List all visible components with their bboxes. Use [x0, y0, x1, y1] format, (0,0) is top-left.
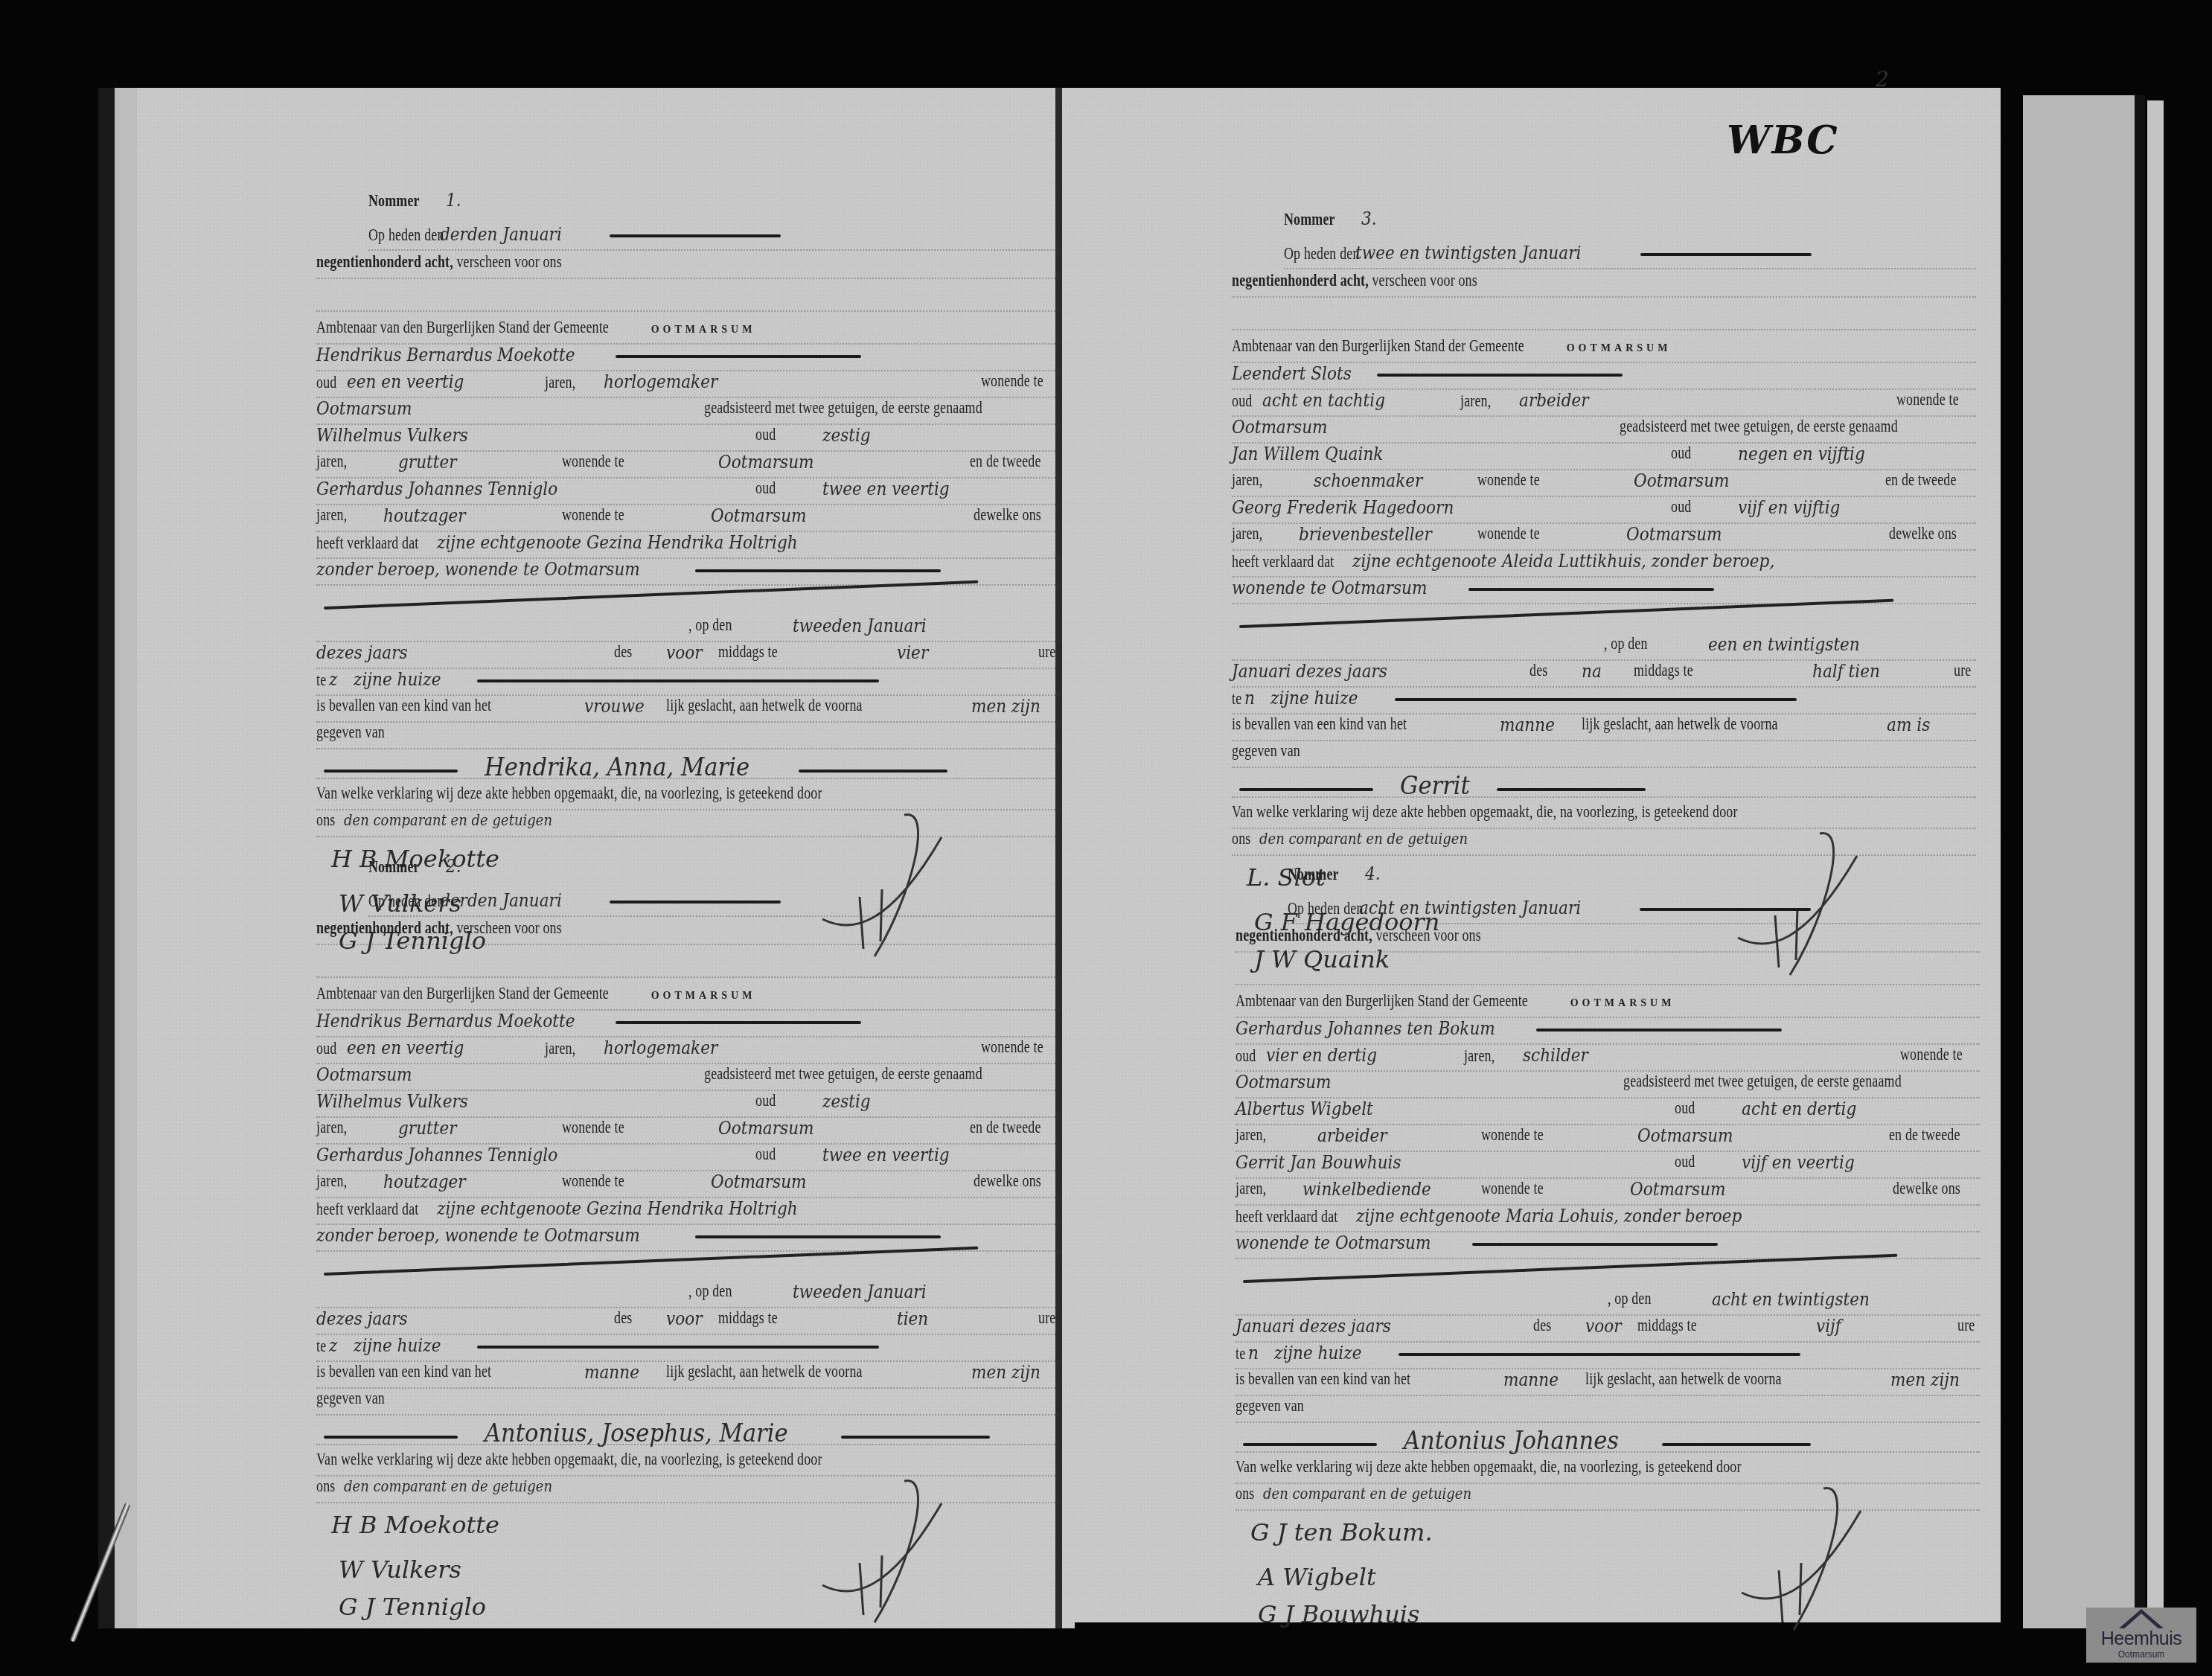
fill-dash: [324, 770, 458, 773]
birth-day: tweeden Januari: [793, 615, 927, 636]
label-nommer: Nommer: [368, 191, 420, 211]
birth-day: een en twintigsten: [1708, 634, 1860, 655]
label-oud: oud: [316, 1039, 336, 1058]
birth-day: tweeden Januari: [793, 1282, 927, 1302]
witness2-occupation: houtzager: [383, 1171, 466, 1192]
label-oud: oud: [1671, 444, 1691, 463]
label-ons: ons: [316, 810, 335, 830]
label-lijk-geslacht: lijk geslacht, aan hetwelk de voorna: [666, 696, 863, 715]
label-heeft-verklaard: heeft verklaard dat: [1232, 552, 1334, 572]
label-wonende-te: wonende te: [562, 1118, 624, 1137]
label-en-de-tweede: en de tweede: [1889, 1125, 1960, 1145]
label-des: des: [614, 642, 632, 662]
label-wonende-te: wonende te: [562, 505, 624, 525]
witness2-residence: Ootmarsum: [711, 1171, 807, 1192]
witness2-occupation: houtzager: [383, 505, 466, 526]
fill-dash: [1472, 1243, 1718, 1246]
label-year: negentienhonderd acht,: [1236, 926, 1372, 944]
label-wonende-te: wonende te: [981, 371, 1043, 391]
declarant-occupation: arbeider: [1519, 390, 1680, 411]
birth-hour: vijf: [1816, 1316, 1841, 1337]
label-heeft-verklaard: heeft verklaard dat: [316, 1200, 418, 1219]
witness1-residence: Ootmarsum: [718, 1118, 814, 1139]
fill-dash: [610, 234, 781, 237]
label-is-bevallen: is bevallen van een kind van het: [316, 1362, 491, 1381]
label-verscheen: verscheen voor ons: [1372, 271, 1477, 290]
birth-ampm: voor: [666, 642, 703, 663]
label-oud: oud: [1675, 1098, 1695, 1118]
label-lijk-geslacht: lijk geslacht, aan hetwelk de voorna: [666, 1362, 863, 1381]
birth-year: Januari dezes jaars: [1236, 1316, 1391, 1337]
label-ambtenaar: Ambtenaar van den Burgerlijken Stand der…: [1232, 336, 1524, 356]
label-oud: oud: [1236, 1046, 1256, 1066]
fill-dash: [1536, 1029, 1782, 1031]
label-lijk-geslacht: lijk geslacht, aan hetwelk de voorna: [1582, 714, 1778, 734]
witness1-age: zestig: [822, 1091, 871, 1112]
label-te: te: [316, 671, 326, 690]
record-date: derden Januari: [440, 224, 562, 245]
witness2-residence: Ootmarsum: [1626, 524, 1722, 545]
label-dewelke-ons: dewelke ons: [1893, 1179, 1960, 1198]
child-name: Gerrit: [1400, 771, 1470, 801]
label-ons: ons: [1232, 829, 1250, 848]
birth-day: acht en twintigsten: [1712, 1289, 1870, 1310]
label-oud: oud: [1675, 1152, 1695, 1171]
signature-witness-1: W Vulkers: [339, 1555, 461, 1584]
child-sex: manne: [1503, 1369, 1559, 1390]
label-jaren: jaren,: [1460, 391, 1491, 411]
record-date: derden Januari: [440, 890, 562, 911]
label-van-welke: Van welke verklaring wij deze akte hebbe…: [1232, 802, 1738, 822]
signature-witness-2: G J Tenniglo: [339, 1593, 486, 1621]
label-ons: ons: [316, 1477, 335, 1496]
child-name: Antonius Johannes: [1404, 1426, 1619, 1456]
label-middags-te: middags te: [718, 642, 778, 662]
fill-dash: [799, 770, 947, 773]
witness2-residence: Ootmarsum: [711, 505, 807, 526]
label-oud: oud: [755, 479, 776, 498]
label-ambtenaar: Ambtenaar van den Burgerlijken Stand der…: [316, 984, 609, 1003]
label-geadsisteerd: geadsisteerd met twee getuigen, de eerst…: [1623, 1072, 1902, 1091]
declarant-name: Gerhardus Johannes ten Bokum: [1236, 1018, 1495, 1039]
te-suffix: n: [1248, 1343, 1259, 1363]
label-gegeven-van: gegeven van: [316, 1389, 385, 1408]
municipality: OOTMARSUM: [651, 991, 756, 1002]
fill-dash: [1395, 698, 1797, 701]
registrar-signature-flourish: [793, 807, 956, 971]
label-oud: oud: [1232, 391, 1252, 411]
birth-place: zijne huize: [354, 669, 441, 690]
label-te: te: [316, 1337, 326, 1356]
witness1-age: zestig: [822, 425, 871, 446]
witness2-age: twee en veertig: [822, 1145, 950, 1165]
label-jaren: jaren,: [1236, 1125, 1266, 1145]
municipality: OOTMARSUM: [651, 324, 756, 336]
declarant-age: acht en tachtig: [1262, 390, 1423, 411]
house-roof-icon-inner: [2123, 1613, 2160, 1630]
witness1-residence: Ootmarsum: [1634, 470, 1730, 491]
witness2-residence: Ootmarsum: [1630, 1179, 1726, 1200]
fill-dash: [1497, 788, 1646, 791]
fill-dash: [1468, 588, 1714, 591]
label-op-den: , op den: [688, 1282, 732, 1301]
fill-dash: [1399, 1353, 1800, 1356]
label-lijk-geslacht: lijk geslacht, aan hetwelk de voorna: [1585, 1369, 1782, 1389]
signature-declarant: G J ten Bokum.: [1250, 1518, 1433, 1547]
label-jaren: jaren,: [316, 452, 347, 471]
label-jaren: jaren,: [1464, 1046, 1495, 1066]
declarant-occupation: horlogemaker: [604, 1037, 764, 1058]
label-oud: oud: [1671, 497, 1691, 516]
label-heeft-verklaard: heeft verklaard dat: [316, 534, 418, 553]
label-jaren: jaren,: [316, 505, 347, 525]
fill-dash: [1243, 1443, 1377, 1446]
declarant-occupation: schilder: [1523, 1045, 1684, 1066]
page-number: 2: [1876, 67, 1889, 92]
label-jaren: jaren,: [1236, 1179, 1266, 1198]
label-des: des: [1533, 1316, 1551, 1335]
witness2-name: Georg Frederik Hagedoorn: [1232, 497, 1454, 518]
label-op-heden: Op heden den: [368, 226, 444, 245]
label-ambtenaar: Ambtenaar van den Burgerlijken Stand der…: [1236, 991, 1528, 1011]
birth-year: Januari dezes jaars: [1232, 661, 1387, 682]
witness1-age: acht en dertig: [1742, 1098, 1856, 1119]
witness1-occupation: arbeider: [1317, 1125, 1387, 1146]
label-nommer: Nommer: [1284, 210, 1335, 229]
witness2-name: Gerhardus Johannes Tenniglo: [316, 479, 557, 499]
label-ambtenaar: Ambtenaar van den Burgerlijken Stand der…: [316, 318, 609, 337]
label-gegeven-van: gegeven van: [1232, 741, 1300, 761]
record-date: twee en twintigsten Januari: [1355, 243, 1581, 263]
municipality: OOTMARSUM: [1567, 343, 1672, 354]
child-name: Antonius, Josephus, Marie: [485, 1418, 788, 1448]
label-wonende-te: wonende te: [1481, 1125, 1544, 1145]
label-des: des: [614, 1308, 632, 1328]
label-oud: oud: [755, 425, 776, 444]
label-van-welke: Van welke verklaring wij deze akte hebbe…: [316, 1450, 822, 1469]
birth-ampm: na: [1582, 661, 1602, 682]
label-en-de-tweede: en de tweede: [1885, 470, 1957, 490]
record-number: 3.: [1361, 208, 1377, 229]
witness1-name: Jan Willem Quaink: [1232, 444, 1473, 464]
label-middags-te: middags te: [1637, 1316, 1697, 1335]
label-gegeven-van: gegeven van: [1236, 1396, 1304, 1416]
fill-dash: [1239, 788, 1373, 791]
birth-place: zijne huize: [354, 1335, 441, 1356]
birth-year: dezes jaars: [316, 642, 408, 663]
label-op-den: , op den: [1608, 1289, 1652, 1308]
label-is-bevallen: is bevallen van een kind van het: [1232, 714, 1407, 734]
wbc-stamp: WBC: [1727, 118, 1839, 163]
label-geadsisteerd: geadsisteerd met twee getuigen, de eerst…: [1620, 417, 1898, 436]
label-en-de-tweede: en de tweede: [970, 1118, 1041, 1137]
fill-dash: [695, 569, 941, 572]
label-dewelke-ons: dewelke ons: [974, 505, 1041, 525]
birth-place: zijne huize: [1270, 688, 1358, 709]
fill-dash: [477, 1346, 879, 1349]
witness1-occupation: grutter: [398, 1118, 457, 1139]
fill-dash: [695, 1235, 941, 1238]
label-op-den: , op den: [688, 615, 732, 635]
label-year: negentienhonderd acht,: [316, 252, 453, 271]
mother-line-1: zijne echtgenoote Gezina Hendrika Holtri…: [437, 1198, 798, 1219]
witness2-age: vijf en veertig: [1742, 1152, 1855, 1173]
birth-hour: vier: [897, 642, 928, 663]
label-verscheen: verscheen voor ons: [1375, 926, 1480, 944]
birth-ampm: voor: [1585, 1316, 1622, 1337]
declarant-name: Leendert Slots: [1232, 363, 1352, 384]
fill-dash: [477, 679, 879, 682]
municipality: OOTMARSUM: [1570, 998, 1675, 1009]
label-oud: oud: [316, 373, 336, 392]
label-ons: ons: [1236, 1484, 1254, 1503]
label-year: negentienhonderd acht,: [1232, 271, 1369, 290]
label-geadsisteerd: geadsisteerd met twee getuigen, de eerst…: [704, 398, 982, 418]
declarant-residence: Ootmarsum: [316, 398, 504, 419]
label-wonende-te: wonende te: [562, 1171, 624, 1191]
birth-year: dezes jaars: [316, 1308, 408, 1329]
birth-hour: half tien: [1812, 661, 1880, 682]
fill-dash: [1640, 908, 1811, 911]
declarant-name: Hendrikus Bernardus Moekotte: [316, 345, 575, 365]
registrar-signature-flourish: [793, 1474, 956, 1637]
registrar-signature-flourish: [1712, 1481, 1876, 1645]
birth-hour: tien: [897, 1308, 928, 1329]
label-op-heden: Op heden den: [1288, 899, 1364, 918]
label-van-welke: Van welke verklaring wij deze akte hebbe…: [1236, 1457, 1742, 1477]
witness1-occupation: schoenmaker: [1314, 470, 1422, 491]
label-wonende-te: wonende te: [1477, 524, 1540, 543]
witness1-residence: Ootmarsum: [1637, 1125, 1733, 1146]
label-jaren: jaren,: [1232, 524, 1262, 543]
label-verscheen: verscheen voor ons: [456, 252, 561, 271]
label-op-heden: Op heden den: [1284, 244, 1360, 263]
signature-witness-1: A Wigbelt: [1258, 1563, 1376, 1591]
fill-dash: [610, 901, 781, 903]
mother-line-2: zonder beroep, wonende te Ootmarsum: [316, 559, 640, 580]
label-wonende-te: wonende te: [1900, 1045, 1963, 1064]
label-van-welke: Van welke verklaring wij deze akte hebbe…: [316, 784, 822, 803]
record-number: 2.: [446, 856, 461, 877]
left-page-margin: [115, 88, 137, 1628]
logo-name: Heemhuis: [2086, 1628, 2196, 1650]
label-ure: ure: [1038, 1308, 1055, 1328]
mother-line-2: wonende te Ootmarsum: [1232, 578, 1427, 598]
witness1-name: Wilhelmus Vulkers: [316, 425, 557, 446]
mother-line-2: zonder beroep, wonende te Ootmarsum: [316, 1225, 640, 1246]
label-wonende-te: wonende te: [1477, 470, 1540, 490]
label-jaren: jaren,: [316, 1171, 347, 1191]
label-jaren: jaren,: [545, 1039, 575, 1058]
mother-line-2: wonende te Ootmarsum: [1236, 1232, 1431, 1253]
fill-dash: [324, 1436, 458, 1439]
logo-town: Ootmarsum: [2086, 1649, 2196, 1660]
label-dewelke-ons: dewelke ons: [974, 1171, 1041, 1191]
label-middags-te: middags te: [718, 1308, 778, 1328]
record-date: acht en twintigsten Januari: [1359, 898, 1581, 918]
heemhuis-logo: Heemhuis Ootmarsum: [2086, 1608, 2196, 1663]
fill-dash: [1377, 374, 1623, 377]
label-gegeven-van: gegeven van: [316, 723, 385, 742]
naam-suffix: men zijn: [1890, 1369, 1960, 1390]
declarant-age: een en veertig: [347, 371, 508, 392]
declarant-age: vier en dertig: [1266, 1045, 1427, 1066]
witness2-occupation: winkelbediende: [1302, 1179, 1431, 1200]
label-is-bevallen: is bevallen van een kind van het: [316, 696, 491, 715]
fill-dash: [616, 355, 861, 358]
label-te: te: [1232, 689, 1241, 709]
signed-by: den comparant en de getuigen: [1259, 830, 1468, 848]
label-en-de-tweede: en de tweede: [970, 452, 1041, 471]
birth-place: zijne huize: [1274, 1343, 1361, 1363]
te-suffix: z: [329, 669, 337, 690]
witness2-age: vijf en vijftig: [1738, 497, 1840, 518]
label-te: te: [1236, 1344, 1245, 1363]
birth-ampm: voor: [666, 1308, 703, 1329]
label-jaren: jaren,: [1232, 470, 1262, 490]
label-nommer: Nommer: [1288, 865, 1339, 884]
signature-witness-2: G J Bouwhuis: [1258, 1600, 1419, 1628]
witness1-occupation: grutter: [398, 452, 457, 473]
fill-dash: [616, 1021, 861, 1024]
label-middags-te: middags te: [1634, 661, 1693, 680]
label-wonende-te: wonende te: [1481, 1179, 1544, 1198]
witness2-occupation: brievenbesteller: [1299, 524, 1432, 545]
label-heeft-verklaard: heeft verklaard dat: [1236, 1207, 1337, 1226]
label-dewelke-ons: dewelke ons: [1889, 524, 1957, 543]
declarant-residence: Ootmarsum: [1236, 1072, 1423, 1093]
label-is-bevallen: is bevallen van een kind van het: [1236, 1369, 1410, 1389]
witness2-name: Gerrit Jan Bouwhuis: [1236, 1152, 1401, 1173]
child-sex: manne: [1500, 714, 1555, 735]
next-page-edge: [2023, 95, 2145, 1628]
signed-by: den comparant en de getuigen: [1263, 1485, 1471, 1503]
naam-suffix: men zijn: [971, 696, 1041, 717]
label-wonende-te: wonende te: [981, 1037, 1043, 1057]
witness2-name: Gerhardus Johannes Tenniglo: [316, 1145, 557, 1165]
label-wonende-te: wonende te: [1896, 390, 1959, 409]
label-jaren: jaren,: [545, 373, 575, 392]
declarant-occupation: horlogemaker: [604, 371, 764, 392]
label-ure: ure: [1038, 642, 1055, 662]
naam-suffix: am is: [1887, 714, 1930, 735]
te-suffix: n: [1244, 688, 1255, 709]
label-ure: ure: [1957, 1316, 1975, 1335]
declarant-name: Hendrikus Bernardus Moekotte: [316, 1011, 575, 1031]
child-sex: vrouwe: [584, 696, 645, 717]
signature-declarant: H B Moekotte: [331, 1511, 499, 1539]
mother-line-1: zijne echtgenoote Aleida Luttikhuis, zon…: [1352, 551, 1774, 572]
signed-by: den comparant en de getuigen: [344, 811, 552, 829]
label-jaren: jaren,: [316, 1118, 347, 1137]
label-op-den: , op den: [1604, 634, 1648, 653]
fill-dash: [1640, 253, 1812, 256]
label-wonende-te: wonende te: [562, 452, 624, 471]
record-number: 1.: [446, 190, 461, 211]
signed-by: den comparant en de getuigen: [344, 1477, 552, 1495]
label-year: negentienhonderd acht,: [316, 918, 453, 937]
label-oud: oud: [755, 1145, 776, 1164]
mother-line-1: zijne echtgenoote Gezina Hendrika Holtri…: [437, 532, 798, 553]
declarant-age: een en veertig: [347, 1037, 508, 1058]
label-oud: oud: [755, 1091, 776, 1110]
witness1-age: negen en vijftig: [1738, 444, 1865, 464]
label-op-heden: Op heden den: [368, 892, 444, 911]
label-geadsisteerd: geadsisteerd met twee getuigen, de eerst…: [704, 1064, 982, 1084]
witness2-age: twee en veertig: [822, 479, 950, 499]
declarant-residence: Ootmarsum: [1232, 417, 1419, 438]
next-page-edge-inner: [2147, 100, 2164, 1619]
witness1-name: Wilhelmus Vulkers: [316, 1091, 557, 1112]
child-sex: manne: [584, 1362, 639, 1383]
naam-suffix: men zijn: [971, 1362, 1041, 1383]
mother-line-1: zijne echtgenoote Maria Lohuis, zonder b…: [1356, 1206, 1742, 1226]
declarant-residence: Ootmarsum: [316, 1064, 504, 1085]
label-nommer: Nommer: [368, 857, 420, 877]
witness1-name: Albertus Wigbelt: [1236, 1098, 1477, 1119]
te-suffix: z: [329, 1335, 337, 1356]
witness1-residence: Ootmarsum: [718, 452, 814, 473]
child-name: Hendrika, Anna, Marie: [485, 752, 749, 782]
label-ure: ure: [1954, 661, 1971, 680]
record-number: 4.: [1365, 863, 1381, 884]
label-des: des: [1529, 661, 1547, 680]
label-verscheen: verscheen voor ons: [456, 918, 561, 937]
fill-dash: [1662, 1443, 1811, 1446]
fill-dash: [841, 1436, 990, 1439]
